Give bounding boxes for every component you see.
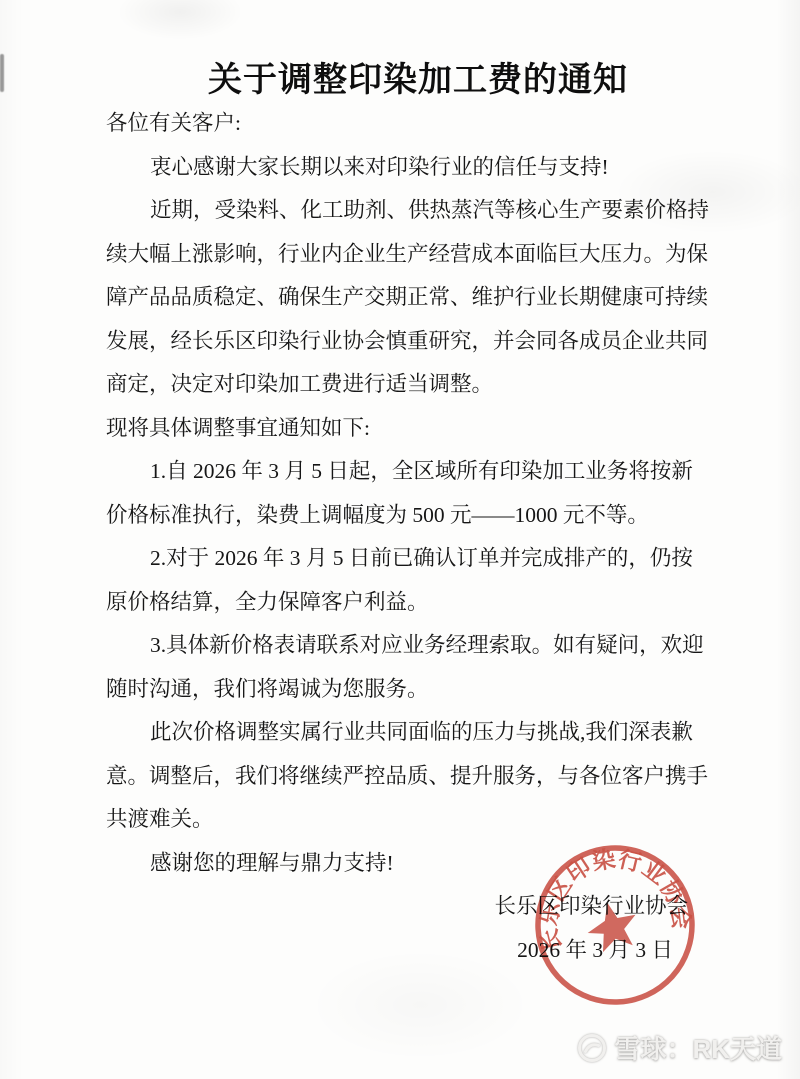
signature-org: 长乐区印染行业协会 [106,885,800,929]
notice-line: 障产品品质稳定、确保生产交期正常、维护行业长期健康可持续 [106,276,800,320]
notice-line: 价格标准执行，染费上调幅度为 500 元——1000 元不等。 [106,494,800,538]
notice-line: 商定，决定对印染加工费进行适当调整。 [106,363,800,407]
watermark-label: 雪球：RK天道 [614,1029,782,1066]
snowball-logo-icon [577,1033,607,1063]
notice-line: 3.具体新价格表请联系对应业务经理索取。如有疑问，欢迎 [106,624,800,668]
notice-line: 发展，经长乐区印染行业协会慎重研究，并会同各成员企业共同 [106,320,800,364]
notice-line: 原价格结算，全力保障客户利益。 [106,581,800,625]
xueqiu-watermark: 雪球：RK天道 [577,1029,782,1066]
notice-line: 现将具体调整事宜通知如下: [106,407,800,451]
notice-line: 续大幅上涨影响，行业内企业生产经营成本面临巨大压力。为保 [106,233,800,277]
notice-line: 各位有关客户: [106,102,800,146]
notice-line: 2.对于 2026 年 3 月 5 日前已确认订单并完成排产的，仍按 [106,537,800,581]
notice-title: 关于调整印染加工费的通知 [18,52,800,101]
notice-line: 意。调整后，我们将继续严控品质、提升服务，与各位客户携手 [106,755,800,799]
scanned-notice-page: 关于调整印染加工费的通知 各位有关客户:衷心感谢大家长期以来对印染行业的信任与支… [0,0,800,1079]
notice-line: 近期，受染料、化工助剂、供热蒸汽等核心生产要素价格持 [106,189,800,233]
scan-edge-artifact [0,54,4,92]
notice-body: 各位有关客户:衷心感谢大家长期以来对印染行业的信任与支持!近期，受染料、化工助剂… [106,102,800,972]
notice-line: 1.自 2026 年 3 月 5 日起，全区域所有印染加工业务将按新 [106,450,800,494]
signature-date: 2026 年 3 月 3 日 [106,929,800,973]
notice-line: 随时沟通，我们将竭诚为您服务。 [106,668,800,712]
notice-line: 感谢您的理解与鼎力支持! [106,842,800,886]
notice-line: 此次价格调整实属行业共同面临的压力与挑战,我们深表歉 [106,711,800,755]
notice-line: 共渡难关。 [106,798,800,842]
notice-line: 衷心感谢大家长期以来对印染行业的信任与支持! [106,146,800,190]
